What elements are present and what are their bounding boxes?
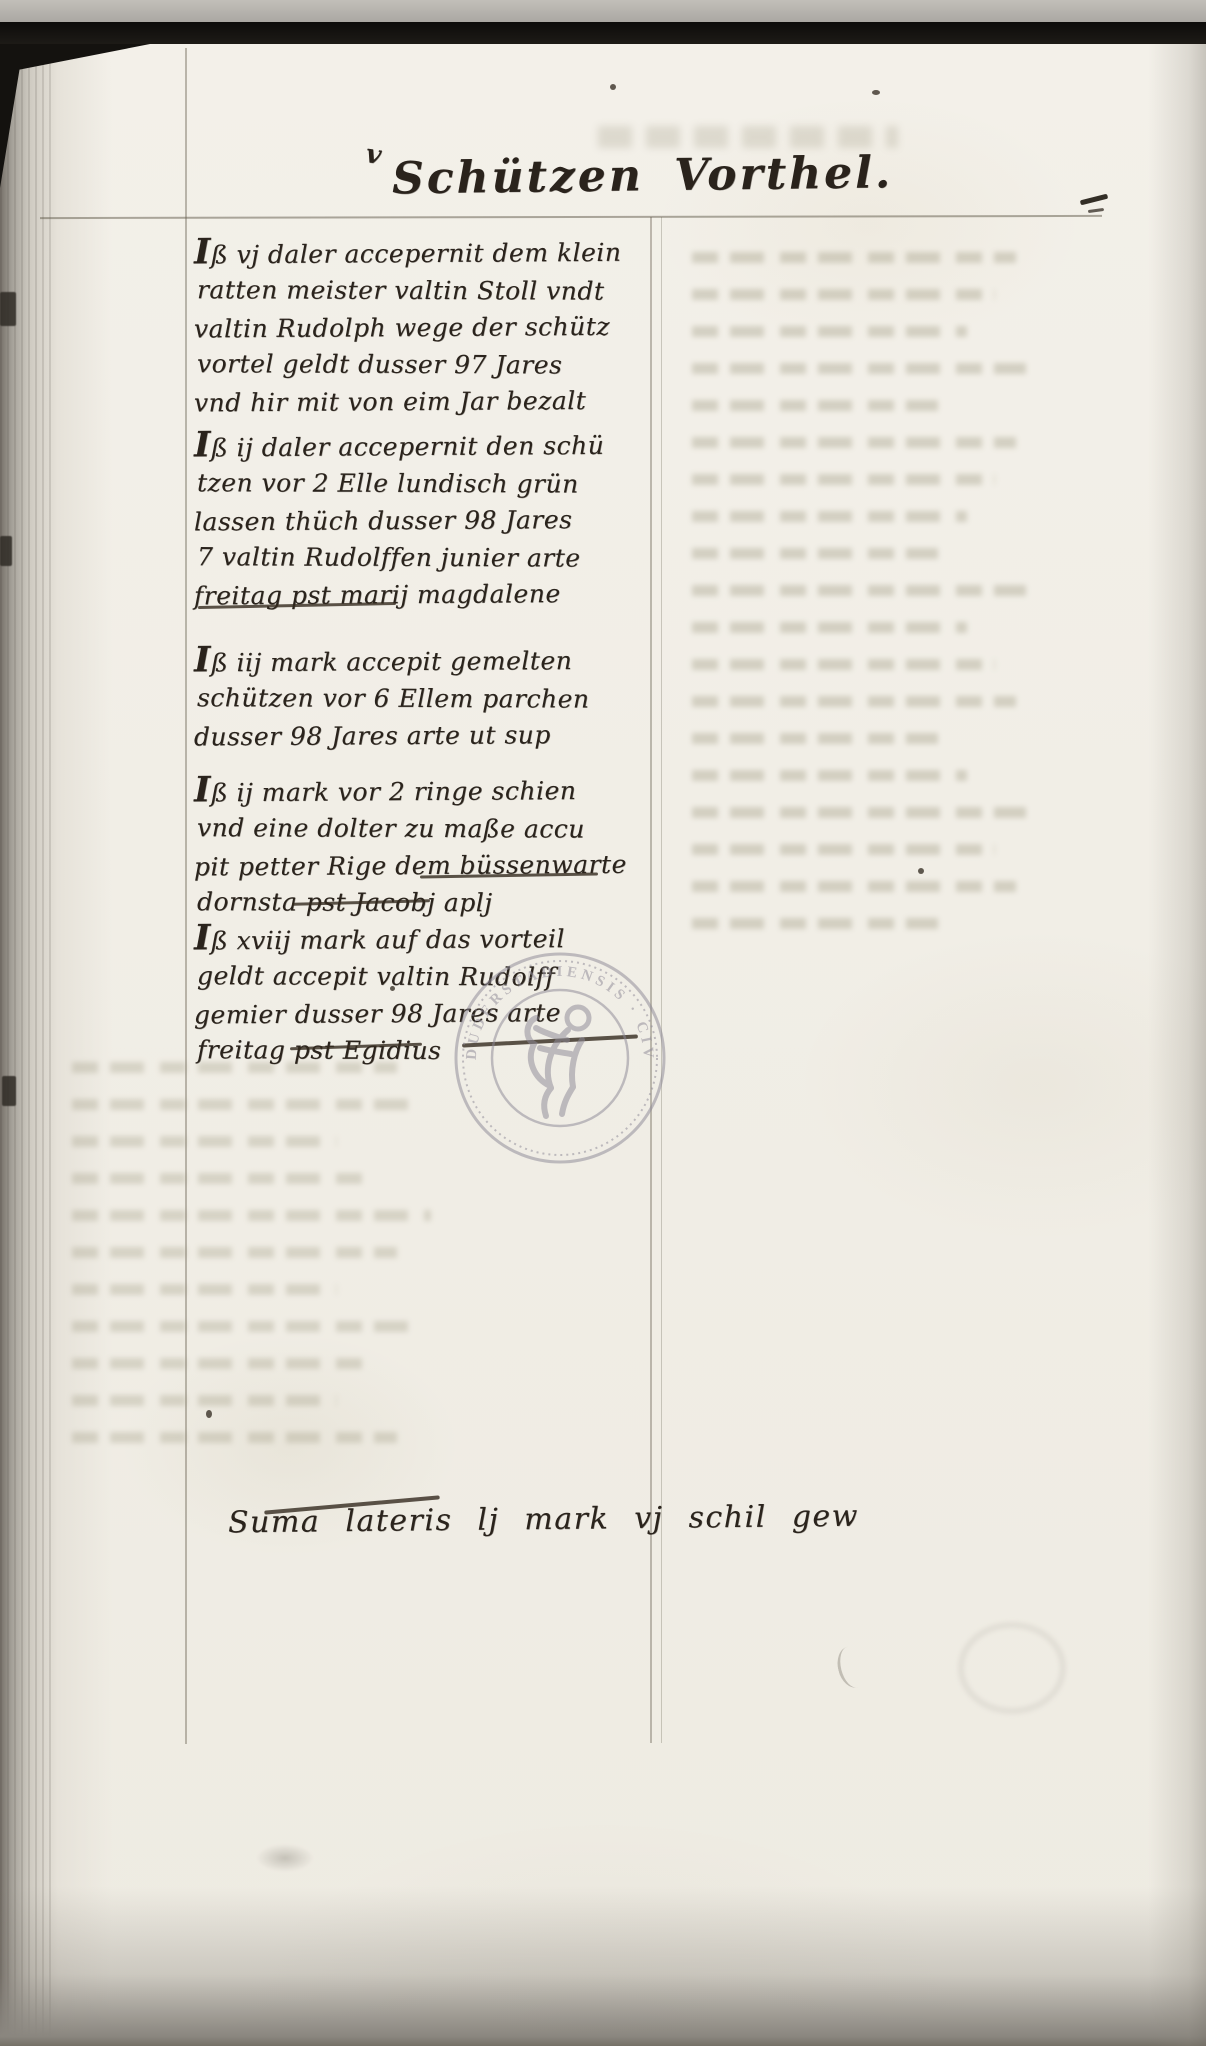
- ruled-line-vertical-left: [185, 48, 187, 1744]
- entry-line: freitag pst marij magdalene: [194, 575, 664, 615]
- bleed-through-line: [692, 659, 995, 670]
- bleed-through-line: [72, 1321, 420, 1332]
- seal-inner-ring: [492, 990, 628, 1126]
- city-seal-stamp: DUDERSTADIENSIS · CIVITATIS ·: [450, 948, 670, 1168]
- bleed-through-line: [72, 1210, 431, 1221]
- entry-line: schützen vor 6 Ellem parchen: [197, 679, 667, 718]
- bleed-through-line: [692, 400, 938, 411]
- bleed-through-line: [692, 252, 1016, 263]
- entry-line: valtin Rudolph wege der schütz: [194, 308, 664, 348]
- ledger-entry: Iß iij mark accepit gemelten schützen vo…: [194, 640, 664, 754]
- ledger-entry: Iß vj daler accepernit dem klein ratten …: [194, 232, 664, 420]
- entry-line: Iß vj daler accepernit dem klein: [194, 231, 664, 274]
- bleed-through-heading: [598, 126, 898, 148]
- ink-speck: [390, 986, 395, 991]
- watermark-ring: [958, 1622, 1066, 1714]
- ink-speck: [872, 90, 880, 95]
- ink-speck: [918, 868, 924, 874]
- bleed-through-line: [692, 733, 938, 744]
- page-heading: Schützen Vorthel.: [392, 147, 953, 205]
- bleed-through-line: [692, 770, 967, 781]
- bleed-through-line: [692, 511, 967, 522]
- bleed-through-line: [692, 844, 995, 855]
- page-stack-texture: [0, 44, 52, 2046]
- bleed-through-line: [692, 918, 938, 929]
- ink-speck: [206, 1410, 212, 1418]
- scan-top-edge: [0, 0, 1206, 24]
- bleed-through-line: [692, 585, 1026, 596]
- bleed-through-line: [72, 1173, 367, 1184]
- bleed-through-line: [692, 363, 1026, 374]
- entry-line: vnd hir mit von eim Jar bezalt: [194, 382, 664, 422]
- bleed-through-line: [72, 1395, 337, 1406]
- smudge-stain: [256, 1844, 314, 1872]
- bleed-through-line: [692, 437, 1016, 448]
- page-bottom-shadow: [0, 1886, 1206, 2046]
- entry-line: Iß ij mark vor 2 ringe schien: [194, 769, 664, 812]
- entry-line: vortel geldt dusser 97 Jares: [197, 345, 667, 384]
- page-right-shade: [1148, 44, 1206, 2046]
- bleed-through-right-column: [692, 252, 1044, 955]
- entry-line: Iß iij mark accepit gemelten: [194, 639, 664, 682]
- entry-line: ratten meister valtin Stoll vndt: [197, 271, 667, 310]
- bleed-through-line: [72, 1247, 397, 1258]
- bleed-through-line: [72, 1432, 397, 1443]
- bleed-through-line: [72, 1136, 337, 1147]
- margin-tick: [2, 1076, 16, 1106]
- summary-line: Suma lateris lj mark vj schil gew: [228, 1499, 868, 1541]
- bleed-through-line: [692, 326, 967, 337]
- bleed-through-line: [692, 474, 995, 485]
- manuscript-scan: v Schützen Vorthel.: [0, 0, 1206, 2046]
- bleed-through-line: [692, 289, 995, 300]
- margin-tick: [0, 292, 16, 326]
- entry-line: tzen vor 2 Elle lundisch grün: [197, 464, 667, 503]
- bleed-through-line: [72, 1284, 337, 1295]
- bleed-through-line: [692, 622, 967, 633]
- bleed-through-lower-left: [72, 1062, 450, 1469]
- seal-outer-ring: [456, 954, 664, 1162]
- bleed-through-line: [692, 881, 1016, 892]
- entry-line: lassen thüch dusser 98 Jares: [194, 501, 664, 541]
- entry-line: 7 valtin Rudolffen junier arte: [197, 538, 667, 577]
- entry-line: Iß ij daler accepernit den schü: [194, 424, 664, 467]
- bleed-through-line: [72, 1358, 367, 1369]
- entry-line: dusser 98 Jares arte ut sup: [194, 716, 664, 756]
- bleed-through-line: [692, 548, 938, 559]
- bleed-through-line: [692, 696, 1016, 707]
- entry-line: vnd eine dolter zu maße accu: [197, 809, 667, 848]
- bleed-through-line: [692, 807, 1026, 818]
- entry-line: pit petter Rige dem büssenwarte: [194, 846, 664, 886]
- ledger-entry: Iß ij daler accepernit den schü tzen vor…: [194, 425, 664, 613]
- bleed-through-line: [72, 1099, 420, 1110]
- ink-speck: [610, 84, 616, 90]
- margin-tick: [0, 536, 12, 566]
- seal-lion-icon: [527, 1007, 589, 1116]
